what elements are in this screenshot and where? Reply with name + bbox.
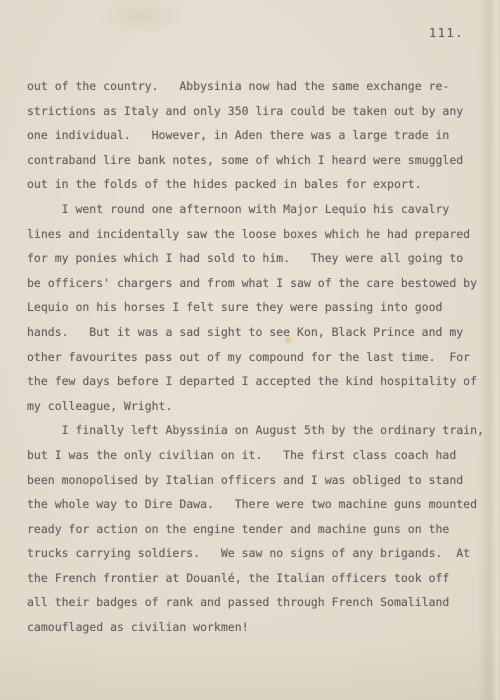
typed-line: I went round one afternoon with Major Le…: [27, 197, 497, 222]
typed-line: my colleague, Wright.: [27, 394, 497, 419]
typed-line: hands. But it was a sad sight to see Kon…: [27, 320, 497, 345]
typed-line: Lequio on his horses I felt sure they we…: [27, 295, 497, 320]
typed-line: the whole way to Dire Dawa. There were t…: [27, 492, 497, 517]
typed-line: be officers' chargers and from what I sa…: [27, 271, 497, 296]
typed-line: been monopolised by Italian officers and…: [27, 468, 497, 493]
typed-line: out in the folds of the hides packed in …: [27, 172, 497, 197]
page-number: 111.: [429, 26, 464, 40]
typed-line: strictions as Italy and only 350 lira co…: [27, 99, 497, 124]
typed-line: trucks carrying soldiers. We saw no sign…: [27, 541, 497, 566]
typed-line: I finally left Abyssinia on August 5th b…: [27, 418, 497, 443]
typed-line: all their badges of rank and passed thro…: [27, 590, 497, 615]
typed-line: contraband lire bank notes, some of whic…: [27, 148, 497, 173]
typed-line: one individual. However, in Aden there w…: [27, 123, 497, 148]
typed-line: but I was the only civilian on it. The f…: [27, 443, 497, 468]
typed-line: camouflaged as civilian workmen!: [27, 615, 497, 640]
typed-line: the few days before I departed I accepte…: [27, 369, 497, 394]
typed-line: lines and incidentally saw the loose box…: [27, 222, 497, 247]
document-page: 111. out of the country. Abbysinia now h…: [0, 0, 500, 700]
typed-text-block: out of the country. Abbysinia now had th…: [27, 74, 497, 640]
typed-line: for my ponies which I had sold to him. T…: [27, 246, 497, 271]
typed-line: ready for action on the engine tender an…: [27, 517, 497, 542]
typed-line: out of the country. Abbysinia now had th…: [27, 74, 497, 99]
typed-line: the French frontier at Douanlé, the Ital…: [27, 566, 497, 591]
typed-line: other favourites pass out of my compound…: [27, 345, 497, 370]
